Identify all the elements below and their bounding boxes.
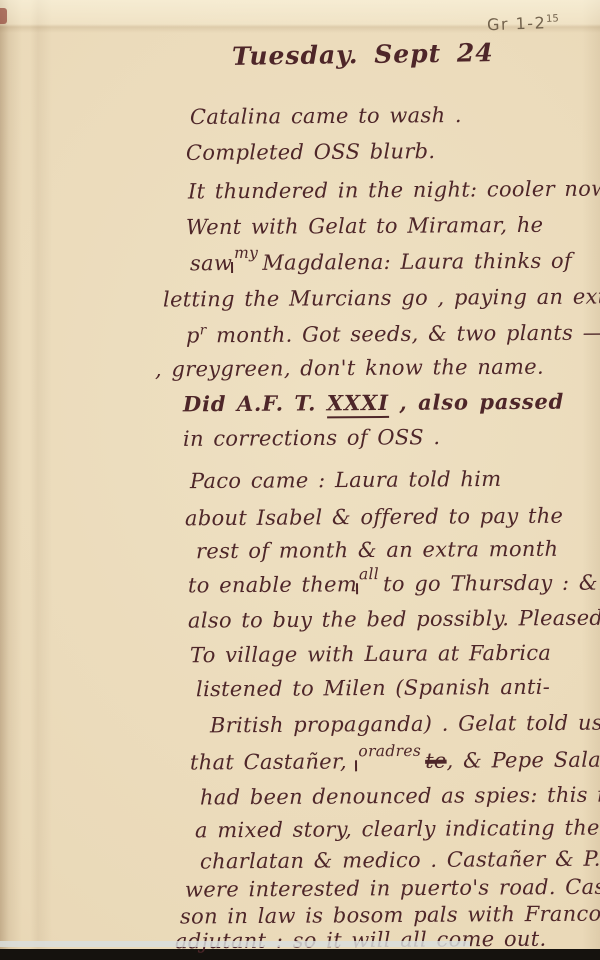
inserted-word: my	[234, 244, 258, 262]
line-text: to go Thursday : &	[383, 571, 598, 596]
manuscript-line: British propaganda) . Gelat told us	[210, 711, 600, 738]
manuscript-line: Catalina came to wash .	[190, 103, 462, 129]
line-text: a mixed story, clearly indicating the	[195, 816, 600, 843]
entry-title: Tuesday. Sept 24	[232, 38, 494, 71]
manuscript-line: also to buy the bed possibly. Pleased, h…	[188, 605, 600, 632]
line-text: about Isabel & offered to pay the	[185, 504, 563, 531]
line-text: Magdalena: Laura thinks of	[262, 249, 572, 275]
line-text: that Castañer,	[190, 749, 357, 774]
manuscript-line: Did A.F. T. XXXI , also passed	[183, 389, 564, 417]
line-text: Paco came : Laura told him	[190, 467, 502, 493]
line-text: It thundered in the night: cooler now.	[188, 177, 600, 204]
manuscript-line: , greygreen, don't know the name.	[155, 355, 544, 382]
line-text: , greygreen, don't know the name.	[155, 355, 544, 382]
line-text: charlatan & medico . Castañer & P.S	[200, 847, 600, 874]
line-text: Catalina came to wash .	[190, 103, 462, 129]
line-text: in corrections of OSS .	[183, 425, 440, 451]
line-text: also to buy the bed possibly. Pleased, h…	[188, 605, 600, 632]
line-text: , & Pepe Salas	[447, 748, 600, 773]
line-text: rest of month & an extra month	[196, 537, 558, 564]
manuscript-line: son in law is bosom pals with Franco's	[180, 901, 600, 928]
manuscript-line: It thundered in the night: cooler now.	[188, 177, 600, 204]
underlined-text: XXXI	[327, 390, 389, 418]
archive-mark-superscript: 15	[546, 13, 559, 24]
scan-bottom-edge	[0, 941, 470, 947]
manuscript-line: Paco came : Laura told him	[190, 467, 502, 493]
manuscript-line: were interested in puerto's road. Castañ…	[185, 874, 600, 901]
line-text: son in law is bosom pals with Franco's	[180, 901, 600, 928]
line-text: month. Got seeds, & two plants —	[207, 321, 600, 348]
manuscript-line: Completed OSS blurb.	[186, 139, 436, 165]
manuscript-line: about Isabel & offered to pay the	[185, 504, 563, 531]
inserted-word: oradres	[358, 742, 421, 760]
line-text: To village with Laura at Fabrica	[190, 641, 551, 668]
archive-mark-text: Gr 1-2	[487, 13, 547, 34]
line-text: letting the Murcians go , paying an ext	[163, 284, 600, 311]
line-text: Went with Gelat to Miramar, he	[186, 213, 543, 239]
line-text: were interested in puerto's road. Castañ…	[185, 874, 600, 901]
scanned-diary-page: Gr 1-215 Tuesday. Sept 24 Catalina came …	[0, 0, 600, 960]
line-text: adjutant : so it will all come out.	[175, 927, 547, 954]
manuscript-line: pr month. Got seeds, & two plants —	[186, 320, 600, 348]
red-edge-mark	[0, 8, 7, 24]
line-text: p	[186, 323, 200, 347]
struck-word: te	[425, 749, 447, 773]
manuscript-line: To village with Laura at Fabrica	[190, 641, 551, 668]
manuscript-line: charlatan & medico . Castañer & P.S	[200, 847, 600, 874]
line-text: listened to Milen (Spanish anti-	[196, 675, 550, 701]
manuscript-line: had been denounced as spies: this is	[200, 783, 600, 810]
manuscript-line: rest of month & an extra month	[196, 537, 558, 564]
manuscript-line: adjutant : so it will all come out.	[175, 927, 547, 954]
archive-mark: Gr 1-215	[487, 13, 560, 34]
manuscript-line: a mixed story, clearly indicating the	[195, 816, 600, 843]
manuscript-line: to enable themallto go Thursday : &	[188, 571, 598, 598]
line-text: to enable them	[188, 572, 357, 597]
line-text: , also passed	[389, 389, 565, 415]
line-text: Did A.F. T.	[183, 390, 327, 416]
manuscript-line: Went with Gelat to Miramar, he	[186, 213, 543, 239]
manuscript-line: sawmyMagdalena: Laura thinks of	[190, 249, 572, 276]
manuscript-line: letting the Murcians go , paying an ext	[163, 284, 600, 311]
manuscript-line: that Castañer, oradreste, & Pepe Salas	[190, 748, 600, 775]
manuscript-line: listened to Milen (Spanish anti-	[196, 675, 550, 701]
line-text: saw	[190, 251, 232, 275]
line-text: British propaganda) . Gelat told us	[210, 711, 600, 738]
manuscript-line: in corrections of OSS .	[183, 425, 440, 451]
line-text: had been denounced as spies: this is	[200, 783, 600, 810]
inserted-word: all	[359, 565, 379, 583]
line-text: Completed OSS blurb.	[186, 139, 436, 165]
